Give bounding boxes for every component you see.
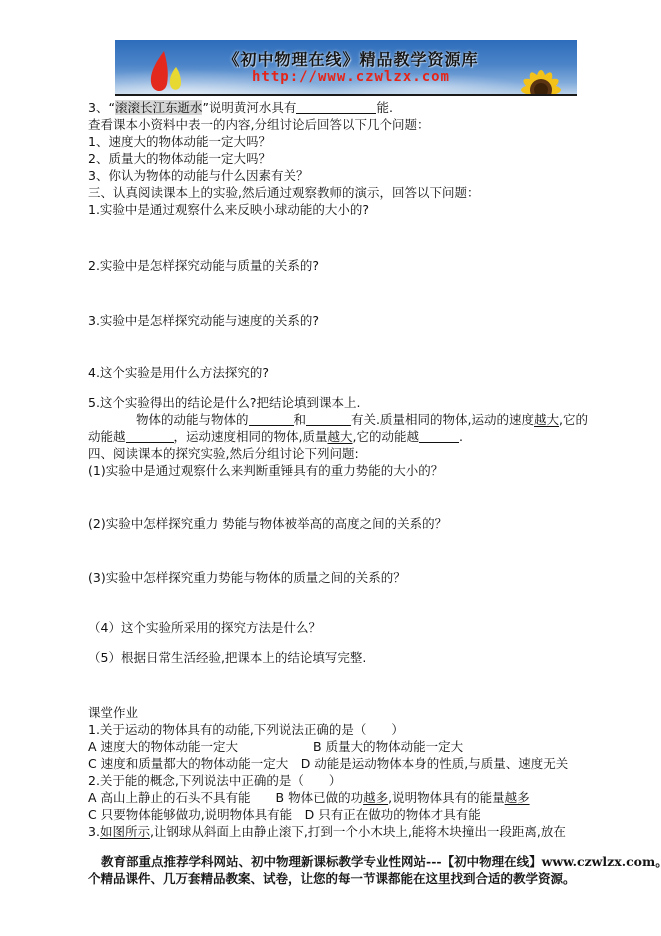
text-segment: 课堂作业 xyxy=(88,705,138,720)
text-segment: 物体的动能与物体的 xyxy=(136,412,249,427)
text-segment: C 只要物体能够做功,说明物体具有能 D 只有正在做功的物体才具有能 xyxy=(88,807,481,822)
text-line: (2)实验中怎样探究重力 势能与物体被举高的高度之间的关系的？ xyxy=(88,515,576,532)
text-line: 动能越，运动速度相同的物体,质量越大,它的动能越. xyxy=(88,428,576,445)
text-segment: 有关.质量相同的物体,运动的速度 xyxy=(351,412,534,427)
text-line: 5.这个实验得出的结论是什么?把结论填到课本上. xyxy=(88,394,576,411)
text-line: 3、“滚滚长江东逝水”说明黄河水具有能. xyxy=(88,99,576,116)
text-line: （5）根据日常生活经验,把课本上的结论填写完整. xyxy=(88,649,576,666)
text-segment: （5）根据日常生活经验,把课本上的结论填写完整. xyxy=(88,650,366,665)
text-segment: 查看课本小资料中表一的内容,分组讨论后回答以下几个问题： xyxy=(88,117,429,132)
text-line: 4.这个实验是用什么方法探究的? xyxy=(88,364,576,381)
text-segment: 2.关于能的概念,下列说法中正确的是（ ） xyxy=(88,773,341,788)
text-segment: ,让钢球从斜面上由静止滚下,打到一个小木块上,能将木块撞出一段距离,放在 xyxy=(150,824,566,839)
text-segment: 2.实验中是怎样探究动能与质量的关系的? xyxy=(88,258,319,273)
text-line: 查看课本小资料中表一的内容,分组讨论后回答以下几个问题： xyxy=(88,116,576,133)
text-segment: ，运动速度相同的物体,质量 xyxy=(174,429,328,444)
text-segment: 3.实验中是怎样探究动能与速度的关系的? xyxy=(88,313,319,328)
text-segment: ,说明物体具有的能量 xyxy=(388,790,504,805)
footer-line: 教育部重点推荐学科网站、初中物理新课标教学专业性网站---【初中物理在线】www… xyxy=(88,853,576,870)
site-banner: 《初中物理在线》精品教学资源库 http://www.czwlzx.com xyxy=(115,40,577,96)
highlighted-text: 滚滚长江东逝水 xyxy=(115,100,203,115)
text-line: A 高山上静止的石头不具有能 B 物体已做的功越多,说明物体具有的能量越多 xyxy=(88,789,576,806)
text-line: （4）这个实验所采用的探究方法是什么？ xyxy=(88,619,576,636)
text-line: 3.实验中是怎样探究动能与速度的关系的? xyxy=(88,312,576,329)
text-line: 1、速度大的物体动能一定大吗？ xyxy=(88,133,576,150)
text-segment: （4）这个实验所采用的探究方法是什么？ xyxy=(88,620,321,635)
text-segment: 四、阅读课本的探究实验,然后分组讨论下列问题: xyxy=(88,446,359,461)
underlined-text: 越大 xyxy=(328,429,353,444)
text-segment: . xyxy=(459,429,463,444)
underlined-text: 如图所示 xyxy=(100,824,150,839)
text-line: 2.关于能的概念,下列说法中正确的是（ ） xyxy=(88,772,576,789)
text-line: 2.实验中是怎样探究动能与质量的关系的? xyxy=(88,257,576,274)
document-body: 3、“滚滚长江东逝水”说明黄河水具有能.查看课本小资料中表一的内容,分组讨论后回… xyxy=(88,99,576,840)
text-segment: ,它的动能越 xyxy=(353,429,419,444)
text-line: (3)实验中怎样探究重力势能与物体的质量之间的关系的？ xyxy=(88,569,576,586)
text-segment: 和 xyxy=(294,412,307,427)
text-line: 3、你认为物体的动能与什么因素有关？ xyxy=(88,167,576,184)
text-segment: 3. xyxy=(88,824,100,839)
text-segment: 1、速度大的物体动能一定大吗？ xyxy=(88,134,271,149)
text-segment: ,它的 xyxy=(559,412,588,427)
text-line: 三、认真阅读课本上的实验,然后通过观察教师的演示，回答以下问题： xyxy=(88,184,576,201)
text-line: 1.实验中是通过观察什么来反映小球动能的大小的? xyxy=(88,201,576,218)
text-segment: ”说明黄河水具有 xyxy=(202,100,296,115)
text-segment: 3、你认为物体的动能与什么因素有关？ xyxy=(88,168,308,183)
text-segment: (1)实验中是通过观察什么来判断重锤具有的重力势能的大小的？ xyxy=(88,463,443,478)
text-segment: 动能越 xyxy=(88,429,126,444)
section-heading: 课堂作业 xyxy=(88,704,576,721)
text-line: C 速度和质量都大的物体动能一定大 D 动能是运动物体本身的性质,与质量、速度无… xyxy=(88,755,576,772)
underlined-text: 越多 xyxy=(363,790,388,805)
fill-in-blank xyxy=(306,412,351,426)
sunflower-icon xyxy=(505,64,569,96)
text-segment: 1.实验中是通过观察什么来反映小球动能的大小的? xyxy=(88,202,369,217)
underlined-text: 越大 xyxy=(534,412,559,427)
text-segment: 4.这个实验是用什么方法探究的? xyxy=(88,365,269,380)
text-segment: A 速度大的物体动能一定大 B 质量大的物体动能一定大 xyxy=(88,739,463,754)
text-segment: (3)实验中怎样探究重力势能与物体的质量之间的关系的？ xyxy=(88,570,406,585)
text-segment: A 高山上静止的石头不具有能 B 物体已做的功 xyxy=(88,790,363,805)
text-line: (1)实验中是通过观察什么来判断重锤具有的重力势能的大小的？ xyxy=(88,462,576,479)
text-line: 物体的动能与物体的和有关.质量相同的物体,运动的速度越大,它的 xyxy=(88,411,576,428)
worksheet-page: 《初中物理在线》精品教学资源库 http://www.czwlzx.com 3、… xyxy=(0,0,661,936)
text-line: 四、阅读课本的探究实验,然后分组讨论下列问题: xyxy=(88,445,576,462)
text-segment: 能. xyxy=(376,100,392,115)
text-line: 3.如图所示,让钢球从斜面上由静止滚下,打到一个小木块上,能将木块撞出一段距离,… xyxy=(88,823,576,840)
banner-url: http://www.czwlzx.com xyxy=(185,69,517,85)
text-line: C 只要物体能够做功,说明物体具有能 D 只有正在做功的物体才具有能 xyxy=(88,806,576,823)
text-segment: 5.这个实验得出的结论是什么?把结论填到课本上. xyxy=(88,395,361,410)
banner-title: 《初中物理在线》精品教学资源库 xyxy=(185,47,517,70)
fill-in-blank xyxy=(249,412,294,426)
text-segment: 2、质量大的物体动能一定大吗？ xyxy=(88,151,271,166)
fill-in-blank xyxy=(296,100,376,114)
text-line: A 速度大的物体动能一定大 B 质量大的物体动能一定大 xyxy=(88,738,576,755)
text-line: 2、质量大的物体动能一定大吗？ xyxy=(88,150,576,167)
text-segment: (2)实验中怎样探究重力 势能与物体被举高的高度之间的关系的？ xyxy=(88,516,447,531)
footer-line: 个精品课件、几万套精品教案、试卷，让您的每一节课都能在这里找到合适的教学资源。 xyxy=(88,870,576,887)
underlined-text: 越多 xyxy=(505,790,530,805)
footer-note: 教育部重点推荐学科网站、初中物理新课标教学专业性网站---【初中物理在线】www… xyxy=(88,853,576,887)
text-line: 1.关于运动的物体具有的动能,下列说法正确的是（ ） xyxy=(88,721,576,738)
fill-in-blank xyxy=(419,429,459,443)
text-segment: 三、认真阅读课本上的实验,然后通过观察教师的演示，回答以下问题： xyxy=(88,185,479,200)
text-segment: 3、“ xyxy=(88,100,115,115)
text-segment: 1.关于运动的物体具有的动能,下列说法正确的是（ ） xyxy=(88,722,404,737)
text-segment: C 速度和质量都大的物体动能一定大 D 动能是运动物体本身的性质,与质量、速度无… xyxy=(88,756,568,771)
fill-in-blank xyxy=(126,429,174,443)
